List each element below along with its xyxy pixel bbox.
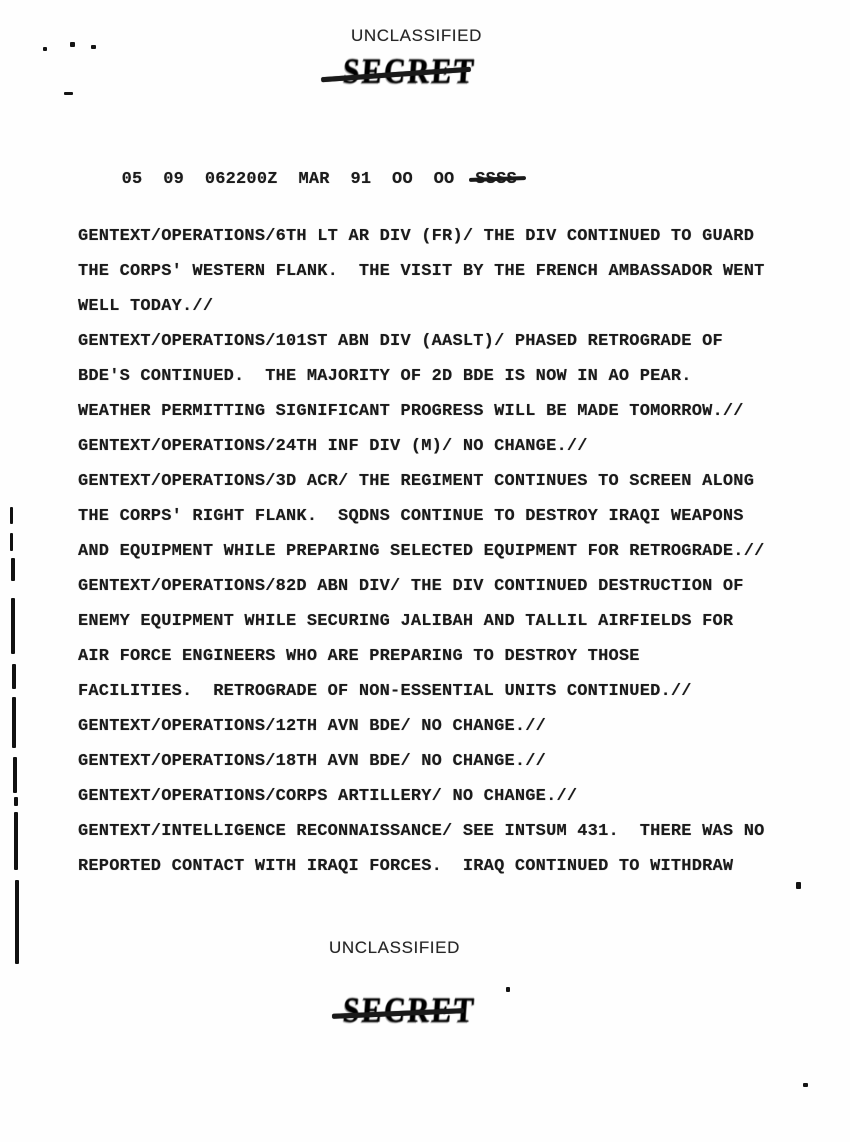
scan-speck bbox=[91, 45, 96, 49]
margin-change-bar bbox=[10, 533, 13, 551]
margin-change-bar bbox=[13, 757, 17, 793]
message-serial-line: 05 09 062200Z MAR 91 OO OO SSSS bbox=[80, 151, 517, 208]
body-line: GENTEXT/OPERATIONS/CORPS ARTILLERY/ NO C… bbox=[78, 779, 765, 814]
scan-speck bbox=[70, 42, 75, 47]
scan-speck bbox=[796, 882, 801, 889]
body-line: WELL TODAY.// bbox=[78, 289, 765, 324]
body-line: GENTEXT/INTELLIGENCE RECONNAISSANCE/ SEE… bbox=[78, 814, 765, 849]
margin-change-bar bbox=[14, 797, 18, 806]
scan-speck bbox=[803, 1083, 808, 1087]
body-line: GENTEXT/OPERATIONS/18TH AVN BDE/ NO CHAN… bbox=[78, 744, 765, 779]
scan-speck bbox=[506, 987, 510, 992]
body-line: GENTEXT/OPERATIONS/82D ABN DIV/ THE DIV … bbox=[78, 569, 765, 604]
body-line: GENTEXT/OPERATIONS/24TH INF DIV (M)/ NO … bbox=[78, 429, 765, 464]
body-line: REPORTED CONTACT WITH IRAQI FORCES. IRAQ… bbox=[78, 849, 765, 884]
scan-speck bbox=[43, 47, 47, 51]
serial-struck-code: SSSS bbox=[475, 170, 517, 189]
body-line: GENTEXT/OPERATIONS/6TH LT AR DIV (FR)/ T… bbox=[78, 219, 765, 254]
margin-change-bar bbox=[11, 558, 15, 581]
scanned-document-page: UNCLASSIFIED SECRET 05 09 062200Z MAR 91… bbox=[0, 0, 850, 1142]
body-line: AIR FORCE ENGINEERS WHO ARE PREPARING TO… bbox=[78, 639, 765, 674]
body-line: THE CORPS' RIGHT FLANK. SQDNS CONTINUE T… bbox=[78, 499, 765, 534]
message-body: GENTEXT/OPERATIONS/6TH LT AR DIV (FR)/ T… bbox=[78, 219, 765, 884]
margin-change-bar bbox=[12, 697, 16, 748]
body-line: THE CORPS' WESTERN FLANK. THE VISIT BY T… bbox=[78, 254, 765, 289]
body-line: GENTEXT/OPERATIONS/12TH AVN BDE/ NO CHAN… bbox=[78, 709, 765, 744]
body-line: FACILITIES. RETROGRADE OF NON-ESSENTIAL … bbox=[78, 674, 765, 709]
margin-change-bar bbox=[14, 812, 18, 870]
body-line: GENTEXT/OPERATIONS/101ST ABN DIV (AASLT)… bbox=[78, 324, 765, 359]
body-line: WEATHER PERMITTING SIGNIFICANT PROGRESS … bbox=[78, 394, 765, 429]
margin-change-bar bbox=[15, 880, 19, 964]
body-line: ENEMY EQUIPMENT WHILE SECURING JALIBAH A… bbox=[78, 604, 765, 639]
header-classification-label: UNCLASSIFIED bbox=[351, 26, 482, 46]
footer-classification-label: UNCLASSIFIED bbox=[329, 938, 460, 958]
body-line: GENTEXT/OPERATIONS/3D ACR/ THE REGIMENT … bbox=[78, 464, 765, 499]
body-line: AND EQUIPMENT WHILE PREPARING SELECTED E… bbox=[78, 534, 765, 569]
margin-change-bar bbox=[11, 598, 15, 654]
margin-change-bar bbox=[12, 664, 16, 689]
serial-fields: 05 09 062200Z MAR 91 OO OO bbox=[122, 170, 476, 189]
scan-speck bbox=[64, 92, 73, 95]
margin-change-bar bbox=[10, 507, 13, 524]
body-line: BDE'S CONTINUED. THE MAJORITY OF 2D BDE … bbox=[78, 359, 765, 394]
